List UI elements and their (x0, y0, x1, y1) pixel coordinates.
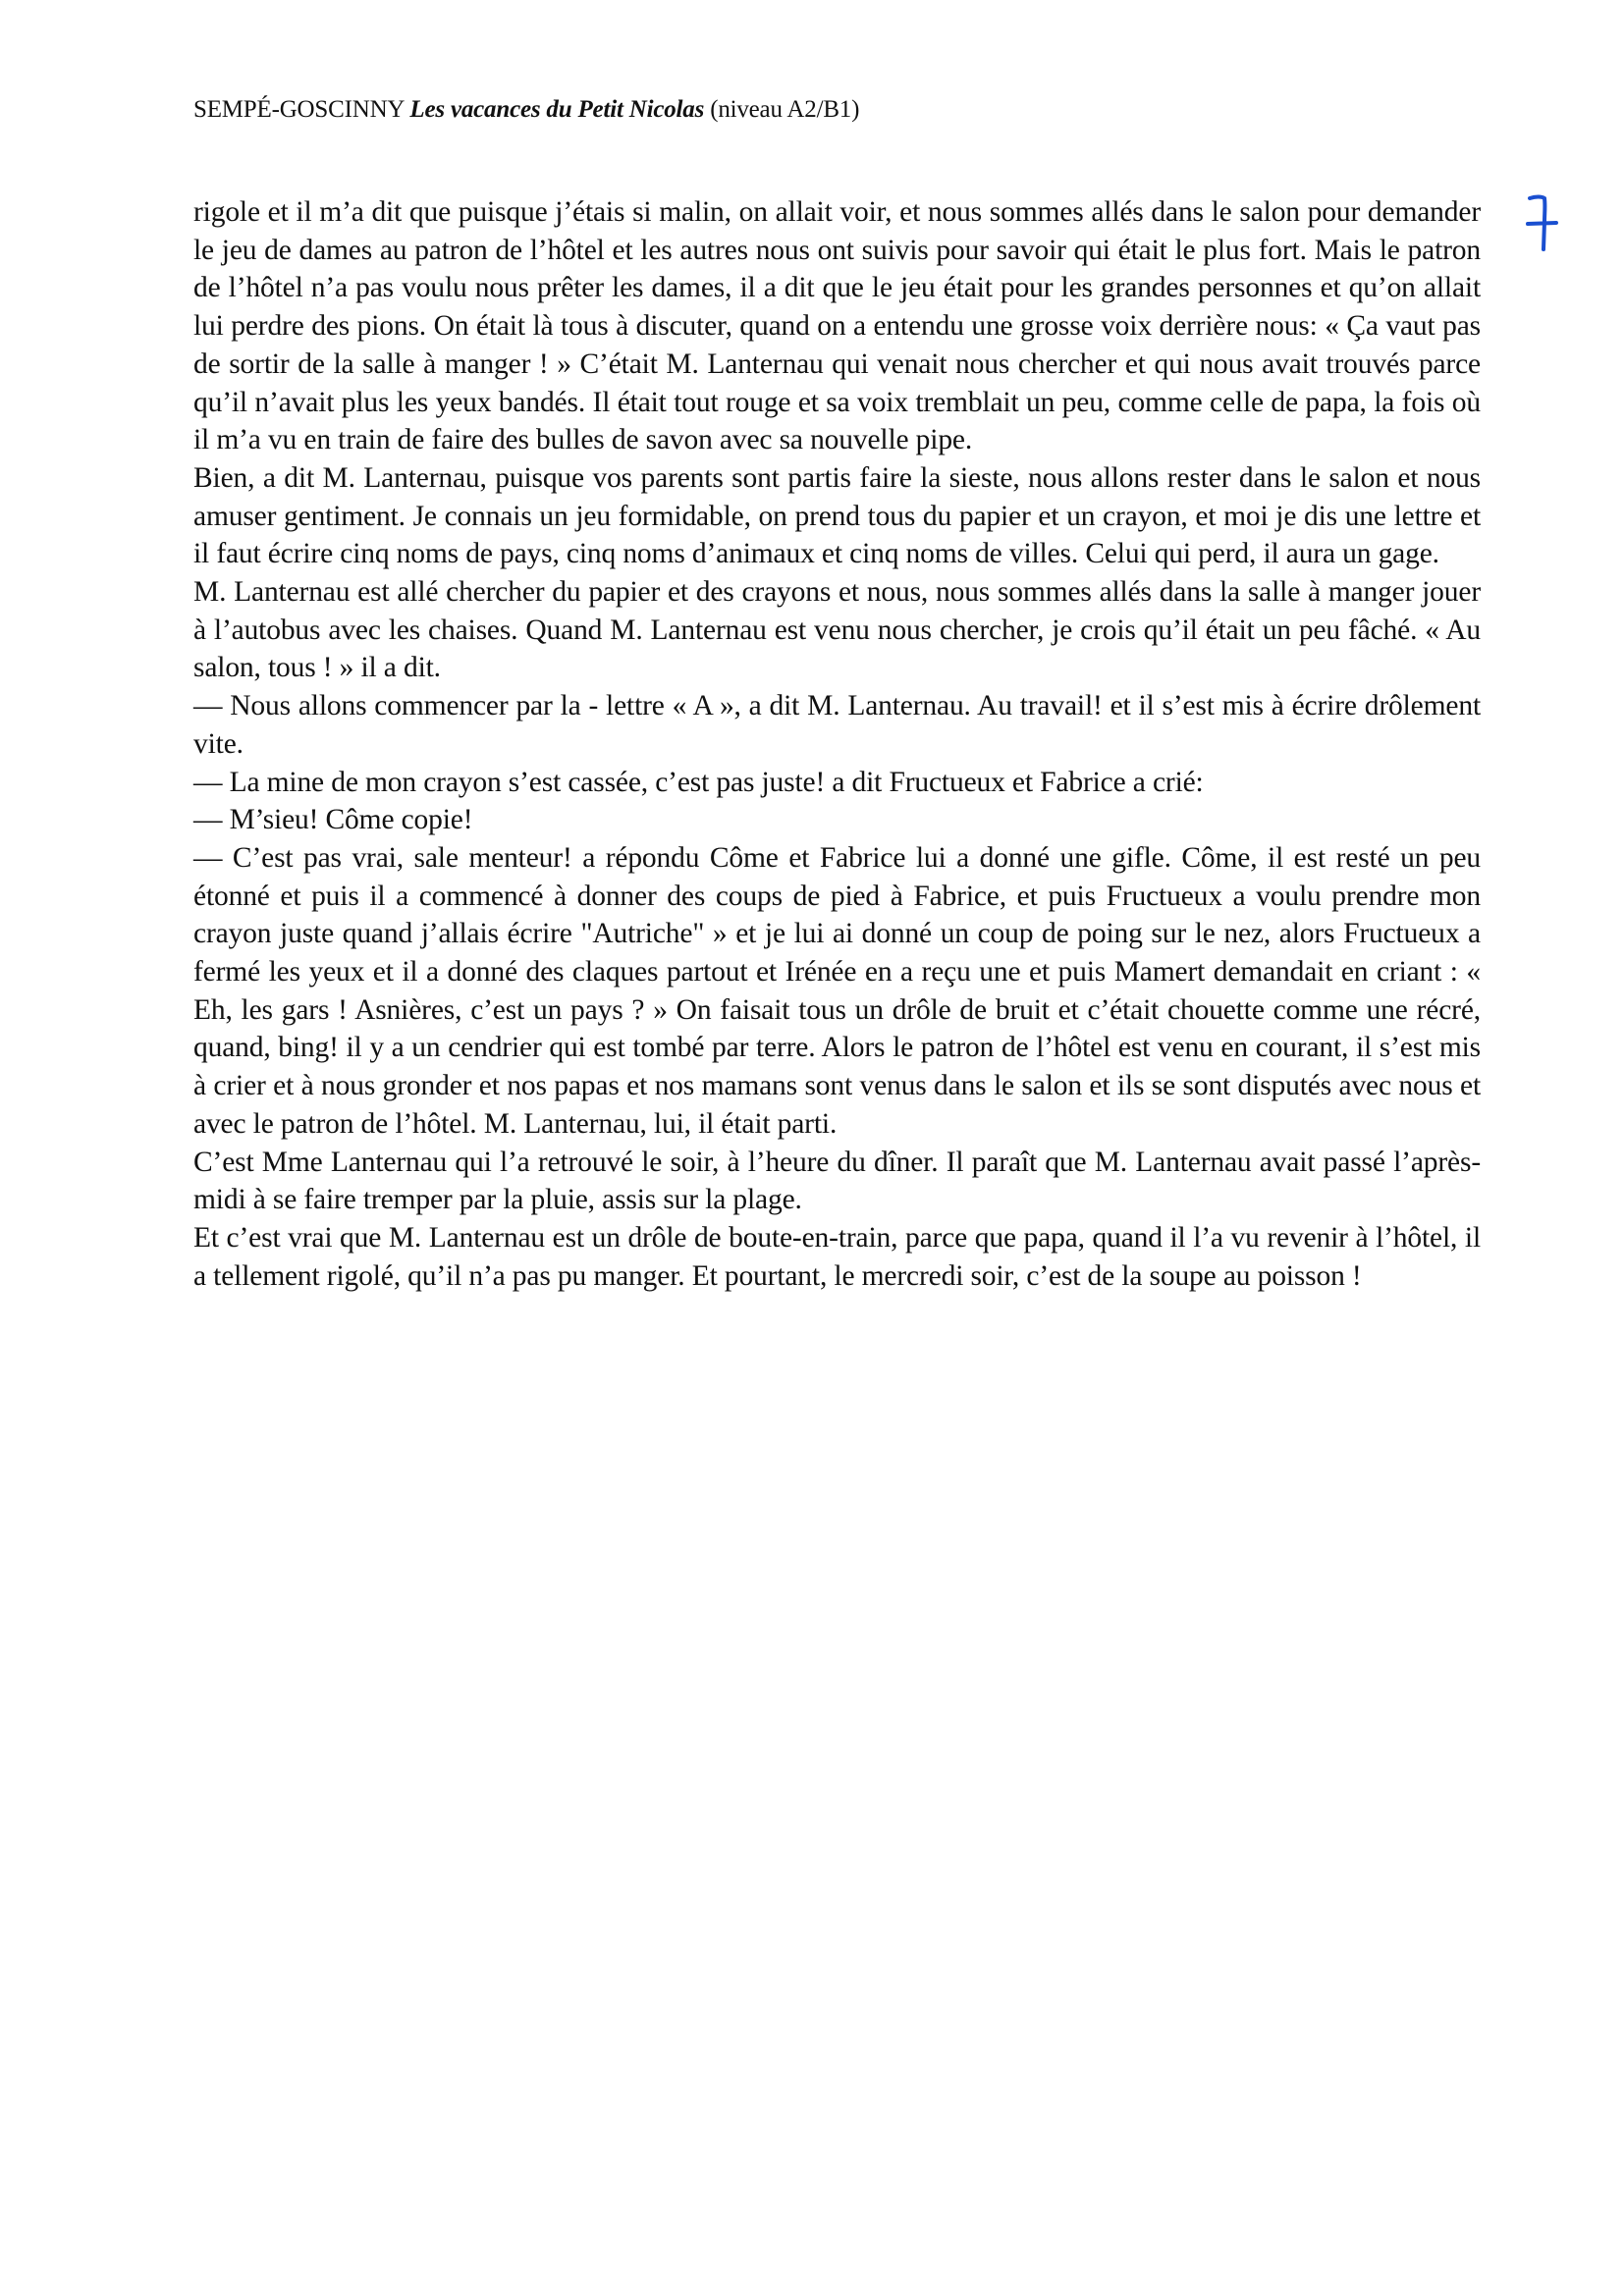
paragraph: M. Lanternau est allé chercher du papier… (193, 573, 1481, 687)
paragraph: Et c’est vrai que M. Lanternau est un dr… (193, 1219, 1481, 1295)
paragraph: C’est Mme Lanternau qui l’a retrouvé le … (193, 1144, 1481, 1219)
handwritten-page-number (1524, 192, 1559, 255)
header-authors: SEMPÉ-GOSCINNY (193, 96, 404, 123)
header-level: (niveau A2/B1) (710, 96, 859, 123)
paragraph: rigole et il m’a dit que puisque j’étais… (193, 193, 1481, 459)
dialogue-line: — M’sieu! Côme copie! (193, 801, 1481, 839)
running-header: SEMPÉ-GOSCINNY Les vacances du Petit Nic… (193, 94, 859, 126)
header-book-title: Les vacances du Petit Nicolas (409, 96, 704, 123)
page-number-seven-glyph (1524, 192, 1559, 255)
dialogue-line: — La mine de mon crayon s’est cassée, c’… (193, 764, 1481, 802)
dialogue-line: — Nous allons commencer par la - lettre … (193, 687, 1481, 763)
story-text: rigole et il m’a dit que puisque j’étais… (193, 193, 1481, 1295)
dialogue-line: — C’est pas vrai, sale menteur! a répond… (193, 839, 1481, 1144)
paragraph: Bien, a dit M. Lanternau, puisque vos pa… (193, 459, 1481, 573)
